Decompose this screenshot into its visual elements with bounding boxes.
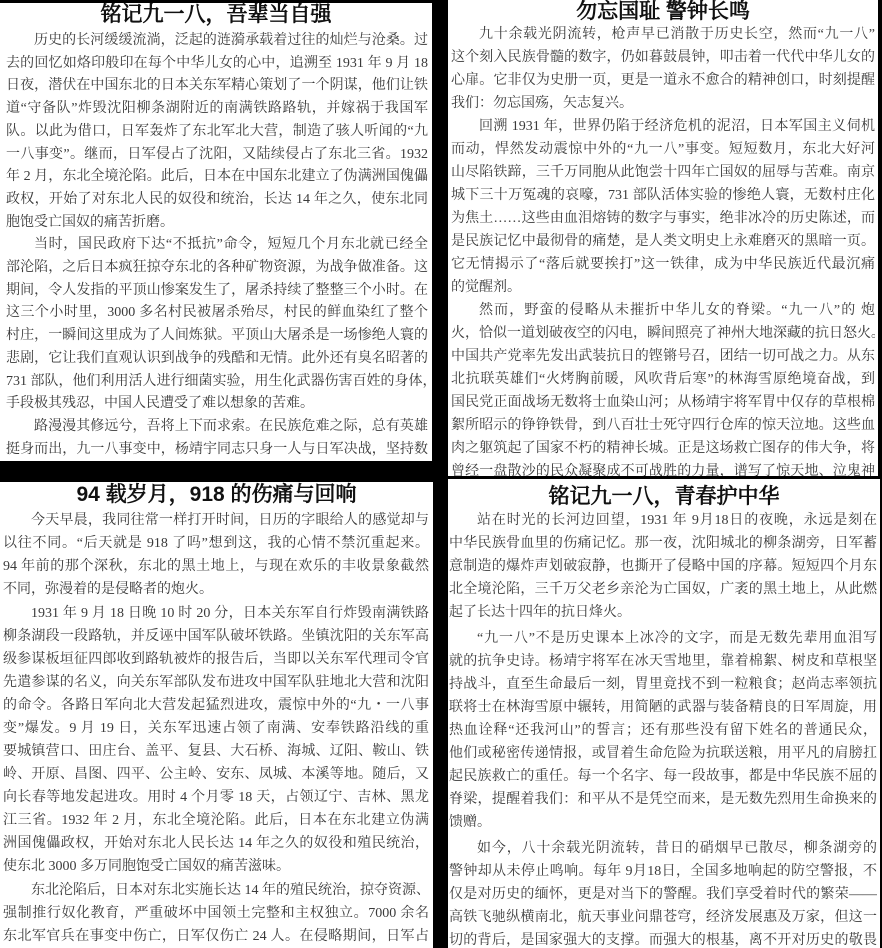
text-line: 东北沦陷后，日本对东北实施长达 14 年的殖民统治，掠夺资源、 bbox=[3, 879, 429, 902]
essay-title: 勿忘国耻 警钟长鸣 bbox=[448, 0, 878, 24]
text-line: 挺身而出，九一八事变中，杨靖宇同志只身一人与日军决战，坚持数 bbox=[6, 439, 428, 461]
essay-body: 今天早晨，我同往常一样打开时间，日历的字眼给人的感觉却与以往不同。“后天就是 9… bbox=[3, 509, 429, 948]
paragraph: 当时，国民政府下达“不抵抗”命令，短短几个月东北就已经全部沦陷，之后日本疯狂掠夺… bbox=[6, 234, 428, 416]
essay-panel-youth-guard-china: 铭记九一八，青春护中华 站在时光的长河边回望，1931 年 9月18日的夜晚，永… bbox=[448, 479, 880, 948]
text-line: 级参谋板垣征四郎收到路轨被炸的报告后，当即以关东军代理司令官 bbox=[3, 648, 429, 671]
text-line: 的觉醒剂。 bbox=[451, 276, 875, 299]
text-line: 脊梁，提醒着我们：和平从不是凭空而来，是无数先烈用生命换来的 bbox=[449, 788, 877, 811]
text-line: 94 年前的那个深秋，东北的黑土地上，与现在欢乐的丰收景象截然 bbox=[3, 555, 429, 578]
text-line: 1931 年 9 月 18 日晚 10 时 20 分，日本关东军自行炸毁南满铁路 bbox=[3, 602, 429, 625]
text-line: 仅是对历史的缅怀，更是对当下的警醒。我们享受着时代的繁荣—— bbox=[449, 883, 877, 906]
paragraph: 今天早晨，我同往常一样打开时间，日历的字眼给人的感觉却与以往不同。“后天就是 9… bbox=[3, 509, 429, 601]
text-line: 我们：勿忘国殇，矢志复兴。 bbox=[451, 92, 875, 115]
text-line: 这个刻入民族骨髓的数字，仍如暮鼓晨钟，叩击着一代代中华儿女的 bbox=[451, 46, 875, 69]
text-line: 731 部队，他们利用活人进行细菌实验，用生化武器伤害百姓的身体， bbox=[6, 371, 428, 394]
text-line: 要城镇营口、田庄台、盖平、复县、大石桥、海城、辽阳、鞍山、铁 bbox=[3, 740, 429, 763]
essay-title: 94 载岁月，918 的伤痛与回响 bbox=[0, 483, 433, 507]
text-line: 北全境沦陷，三千万父老乡亲沦为亡国奴，广袤的黑土地上，从此燃 bbox=[449, 578, 877, 601]
text-line: 而动，悍然发动震惊中外的“九一八”事变。短短数月，东北大好河 bbox=[451, 138, 875, 161]
text-line: 然而，野蛮的侵略从未摧折中华儿女的脊梁。“九一八”的 炮 bbox=[451, 299, 875, 322]
text-line: “九一八”不是历史课本上冰冷的文字，而是无数先辈用血泪写 bbox=[449, 627, 877, 650]
text-line: 高铁飞驰纵横南北，航天事业问鼎苍穹，经济发展惠及万家，但这一 bbox=[449, 906, 877, 929]
text-line: 中国共产党率先发出武装抗日的铿锵号召，团结一切可战之力。从东 bbox=[451, 345, 875, 368]
text-line: 心扉。它非仅为史册一页，更是一道永不愈合的精神创口，时刻提醒 bbox=[451, 69, 875, 92]
text-line: 柳条湖段一段路轨，并反诬中国军队破坏铁路。坐镇沈阳的关东军高 bbox=[3, 625, 429, 648]
text-line: 九十余载光阴流转，枪声早已消散于历史长空，然而“九一八” bbox=[451, 23, 875, 46]
paragraph: 站在时光的长河边回望，1931 年 9月18日的夜晚，永远是刻在中华民族骨血里的… bbox=[449, 509, 877, 624]
text-line: 联将士在林海雪原中辗转，用简陋的武器与装备精良的日军周旋，用 bbox=[449, 696, 877, 719]
paragraph: 然而，野蛮的侵略从未摧折中华儿女的脊梁。“九一八”的 炮火，恰似一道划破夜空的闪… bbox=[451, 299, 875, 476]
paragraph: 历史的长河缓缓流淌，泛起的涟漪承载着过往的灿烂与沧桑。过去的回忆如烙印般印在每个… bbox=[6, 30, 428, 234]
text-line: 期间，令人发指的平顶山惨案发生了，屠杀持续了整整三个小时。在 bbox=[6, 280, 428, 303]
text-line: 起了长达十四年的抗日烽火。 bbox=[449, 601, 877, 624]
essay-panel-94-years-918: 94 载岁月，918 的伤痛与回响 今天早晨，我同往常一样打开时间，日历的字眼给… bbox=[0, 482, 433, 948]
text-line: 切的背后，是国家强大的支撑。而强大的根基，离不开对历史的敬畏 bbox=[449, 929, 877, 948]
text-line: 年 2 月，东北全境沦陷。此后，日本在中国东北建立了伪满洲国傀儡 bbox=[6, 166, 428, 189]
text-line: 火，恰似一道划破夜空的闪电，瞬间照亮了神州大地深藏的抗日怒火。 bbox=[451, 322, 875, 345]
essay-body: 九十余载光阴流转，枪声早已消散于历史长空，然而“九一八”这个刻入民族骨髓的数字，… bbox=[451, 23, 875, 476]
essay-panel-remember-918-strive: 铭记九一八，吾辈当自强 历史的长河缓缓流淌，泛起的涟漪承载着过往的灿烂与沧桑。过… bbox=[0, 3, 432, 461]
text-line: 去的回忆如烙印般印在每个中华儿女的心中，追溯至 1931 年 9 月 18 bbox=[6, 53, 428, 76]
text-line: 起民族救亡的重任。每一个名字、每一段故事，都是中华民族不屈的 bbox=[449, 765, 877, 788]
essay-body: 站在时光的长河边回望，1931 年 9月18日的夜晚，永远是刻在中华民族骨血里的… bbox=[449, 509, 877, 948]
text-line: 道“守备队”炸毁沈阳柳条湖附近的南满铁路路轨，并嫁祸于我国军 bbox=[6, 98, 428, 121]
text-line: 政权，开始了对东北人民的奴役和统治，长达 14 年之久，使东北同 bbox=[6, 189, 428, 212]
text-line: 以往不同。“后天就是 918 了吗”想到这，我的心情不禁沉重起来。 bbox=[3, 532, 429, 555]
essay-title: 铭记九一八，青春护中华 bbox=[448, 485, 880, 509]
text-line: 站在时光的长河边回望，1931 年 9月18日的夜晚，永远是刻在 bbox=[449, 509, 877, 532]
text-line: 持战斗，直至生命最后一刻，胃里竟找不到一粒粮食；赵尚志率领抗 bbox=[449, 673, 877, 696]
text-line: 向长春等地发起进攻。用时 4 个月零 18 天，占领辽宁、吉林、黑龙 bbox=[3, 786, 429, 809]
paragraph: 东北沦陷后，日本对东北实施长达 14 年的殖民统治，掠夺资源、强制推行奴化教育，… bbox=[3, 879, 429, 948]
text-line: 路漫漫其修远兮，吾将上下而求索。在民族危难之际，总有英雄 bbox=[6, 416, 428, 439]
text-line: 这三个小时里，3000 多名村民被屠杀殆尽，村民的鲜血染红了整个 bbox=[6, 302, 428, 325]
text-line: 就的抗争史诗。杨靖宇将军在冰天雪地里，靠着棉絮、树皮和草根坚 bbox=[449, 650, 877, 673]
paragraph: 1931 年 9 月 18 日晚 10 时 20 分，日本关东军自行炸毁南满铁路… bbox=[3, 602, 429, 878]
essay-title: 铭记九一八，吾辈当自强 bbox=[0, 3, 432, 27]
text-line: 曾经一盘散沙的民众凝聚成不可战胜的力量，谱写了惊天地、泣鬼神 bbox=[451, 460, 875, 476]
text-line: 江三省。1932 年 2 月，东北全境沦陷。此后，日本在东北建立伪满 bbox=[3, 809, 429, 832]
text-line: 村庄，一瞬间这里成为了人间炼狱。平顶山大屠杀是一场惨绝人寰的 bbox=[6, 325, 428, 348]
text-line: 热血诠释“还我河山”的誓言；还有那些没有留下姓名的普通民众， bbox=[449, 719, 877, 742]
text-line: 今天早晨，我同往常一样打开时间，日历的字眼给人的感觉却与 bbox=[3, 509, 429, 532]
text-line: 强制推行奴化教育，严重破坏中国领土完整和主权独立。7000 余名 bbox=[3, 902, 429, 925]
text-line: 城下三十万冤魂的哀嚎，731 部队活体实验的惨绝人寰，无数村庄化 bbox=[451, 184, 875, 207]
text-line: 洲国傀儡政权，开始对东北人民长达 14 年之久的奴役和殖民统治， bbox=[3, 832, 429, 855]
text-line: 当时，国民政府下达“不抵抗”命令，短短几个月东北就已经全 bbox=[6, 234, 428, 257]
text-line: 日夜，潜伏在中国东北的日本关东军精心策划了一个阴谋，他们让铁 bbox=[6, 75, 428, 98]
text-line: 肉之躯筑起了国家不朽的精神长城。正是这场救亡图存的伟大争，将 bbox=[451, 437, 875, 460]
text-line: 絮所昭示的铮铮铁骨，到八百壮士死守四行仓库的惊天泣地。这些血 bbox=[451, 414, 875, 437]
text-line: 手段极其残忍，中国人民遭受了难以想象的苦难。 bbox=[6, 393, 428, 416]
text-line: 历史的长河缓缓流淌，泛起的涟漪承载着过往的灿烂与沧桑。过 bbox=[6, 30, 428, 53]
text-line: 是民族记忆中最彻骨的痛楚，是人类文明史上永难磨灭的黑暗一页。 bbox=[451, 230, 875, 253]
paragraph: 路漫漫其修远兮，吾将上下而求索。在民族危难之际，总有英雄挺身而出，九一八事变中，… bbox=[6, 416, 428, 461]
text-line: 使东北 3000 多万同胞饱受亡国奴的痛苦滋味。 bbox=[3, 855, 429, 878]
paragraph: 九十余载光阴流转，枪声早已消散于历史长空，然而“九一八”这个刻入民族骨髓的数字，… bbox=[451, 23, 875, 115]
text-line: 胞饱受亡国奴的痛苦折磨。 bbox=[6, 212, 428, 235]
text-line: 山尽陷铁蹄，三千万同胞从此饱尝十四年亡国奴的屈辱与苦难。南京 bbox=[451, 161, 875, 184]
essay-panel-never-forget-national-humiliation: 勿忘国耻 警钟长鸣 九十余载光阴流转，枪声早已消散于历史长空，然而“九一八”这个… bbox=[448, 0, 878, 476]
text-line: 一八事变”。继而，日军侵占了沈阳，又陆续侵占了东北三省。1932 bbox=[6, 144, 428, 167]
text-line: 悲剧，它让我们直观认识到战争的残酷和无情。此外还有臭名昭著的 bbox=[6, 348, 428, 371]
paragraph: “九一八”不是历史课本上冰冷的文字，而是无数先辈用血泪写就的抗争史诗。杨靖宇将军… bbox=[449, 627, 877, 834]
text-line: 部沦陷，之后日本疯狂掠夺东北的各种矿物资源，为战争做准备。这 bbox=[6, 257, 428, 280]
text-line: 先遣参谋的名义，向关东军部队发布进攻中国军队驻地北大营和沈阳 bbox=[3, 671, 429, 694]
text-line: 回溯 1931 年，世界仍陷于经济危机的泥沼，日本军国主义伺机 bbox=[451, 115, 875, 138]
text-line: 它无情揭示了“落后就要挨打”这一铁律，成为中华民族近代最沉痛 bbox=[451, 253, 875, 276]
text-line: 中华民族骨血里的伤痛记忆。那一夜，沈阳城北的柳条湖旁，日军蓄 bbox=[449, 532, 877, 555]
paragraph: 如今，八十余载光阴流转，昔日的硝烟早已散尽，柳条湖旁的警钟却从未停止鸣响。每年 … bbox=[449, 837, 877, 948]
paragraph: 回溯 1931 年，世界仍陷于经济危机的泥沼，日本军国主义伺机而动，悍然发动震惊… bbox=[451, 115, 875, 299]
text-line: 警钟却从未停止鸣响。每年 9月18日，全国多地响起的防空警报，不 bbox=[449, 860, 877, 883]
text-line: 为焦土……这些由血泪熔铸的数字与事实，绝非冰冷的历史陈述，而 bbox=[451, 207, 875, 230]
text-line: 队。以此为借口，日军轰炸了东北军北大营，制造了骇人听闻的“九 bbox=[6, 121, 428, 144]
text-line: 意制造的爆炸声划破寂静，也撕开了侵略中国的序幕。短短四个月东 bbox=[449, 555, 877, 578]
text-line: 北抗联英雄们“火烤胸前暖，风吹背后寒”的林海雪原绝境奋战，到 bbox=[451, 368, 875, 391]
text-line: 岭、开原、昌图、四平、公主岭、安东、凤城、本溪等地。随后，又 bbox=[3, 763, 429, 786]
text-line: 不同，弥漫着的是侵略者的炮火。 bbox=[3, 578, 429, 601]
text-line: 的命令。各路日军向北大营发起猛烈进攻，震惊中外的“九・一八事 bbox=[3, 694, 429, 717]
essay-body: 历史的长河缓缓流淌，泛起的涟漪承载着过往的灿烂与沧桑。过去的回忆如烙印般印在每个… bbox=[6, 30, 428, 461]
text-line: 东北军官兵在事变中伤亡，日军仅伤亡 24 人。在侵略期间，日军占 bbox=[3, 925, 429, 948]
text-line: 他们或秘密传递情报，或冒着生命危险为抗联送粮，用平凡的肩膀扛 bbox=[449, 742, 877, 765]
text-line: 如今，八十余载光阴流转，昔日的硝烟早已散尽，柳条湖旁的 bbox=[449, 837, 877, 860]
text-line: 变”爆发。9 月 19 日，关东军迅速占领了南满、安奉铁路沿线的重 bbox=[3, 717, 429, 740]
text-line: 馈赠。 bbox=[449, 811, 877, 834]
text-line: 国民党正面战场无数将士血染山河；从杨靖宇将军胃中仅存的草根棉 bbox=[451, 391, 875, 414]
